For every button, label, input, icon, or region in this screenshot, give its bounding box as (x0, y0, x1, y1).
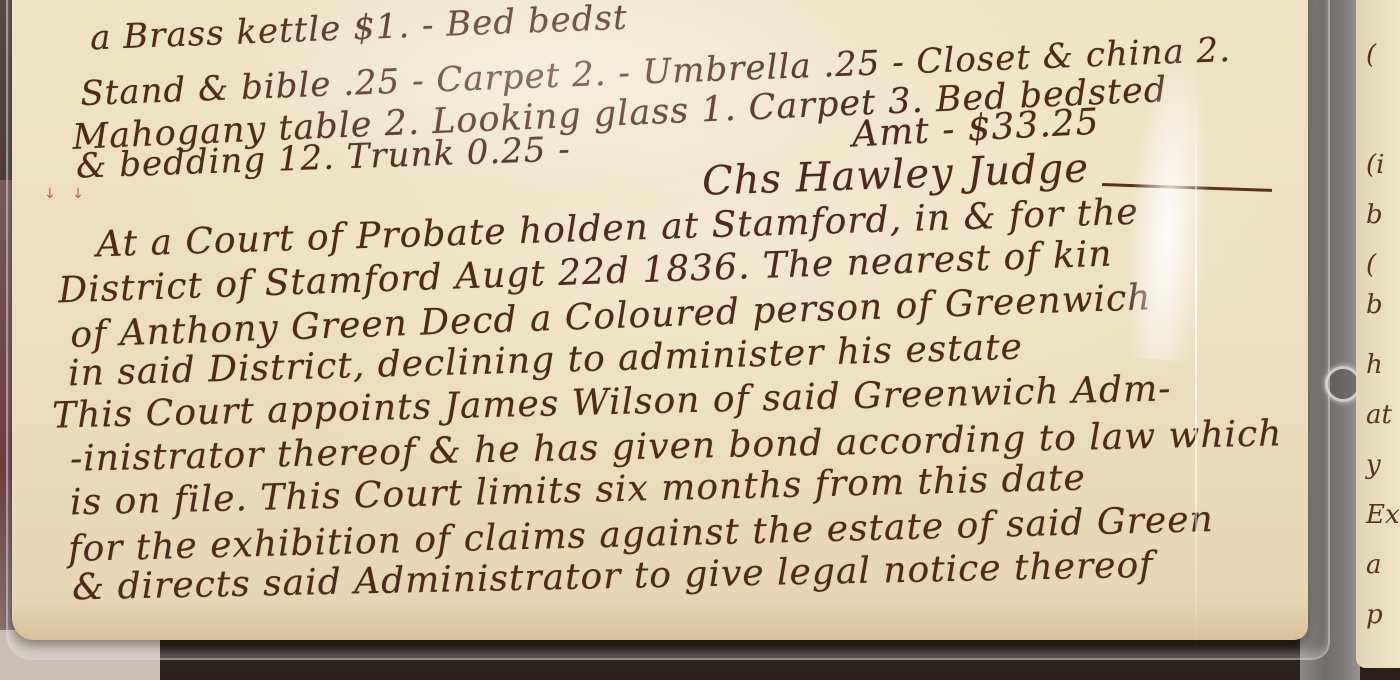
adjacent-page-fragment: ( (1366, 40, 1376, 70)
signature-underline (1102, 183, 1272, 192)
adjacent-page-fragment: b (1366, 290, 1383, 320)
adjacent-page-fragment: b (1366, 200, 1383, 230)
margin-arrow-marks: ↓ ↓ (44, 186, 90, 202)
adjacent-page-fragment: Ex (1366, 500, 1400, 530)
adjacent-page-fragment: ( (1366, 250, 1376, 280)
inventory-line-1: a Brass kettle $1. - Bed bedst (89, 0, 628, 58)
handwritten-text: a Brass kettle $1. - Bed bedst Stand & b… (12, 0, 1308, 640)
adjacent-page-fragment: p (1366, 600, 1383, 630)
adjacent-page-fragment: (i (1366, 150, 1384, 180)
page-edge-shading (12, 600, 1308, 640)
adjacent-page-fragment: a (1366, 550, 1382, 580)
adjacent-page-fragment: h (1366, 350, 1383, 380)
adjacent-page-fragment: y (1366, 450, 1381, 480)
adjacent-page: ( (i b ( b h at y Ex a p (1356, 0, 1400, 668)
binder-gutter (1300, 0, 1360, 680)
adjacent-page-fragment: at (1366, 400, 1392, 430)
document-page: a Brass kettle $1. - Bed bedst Stand & b… (12, 0, 1308, 640)
